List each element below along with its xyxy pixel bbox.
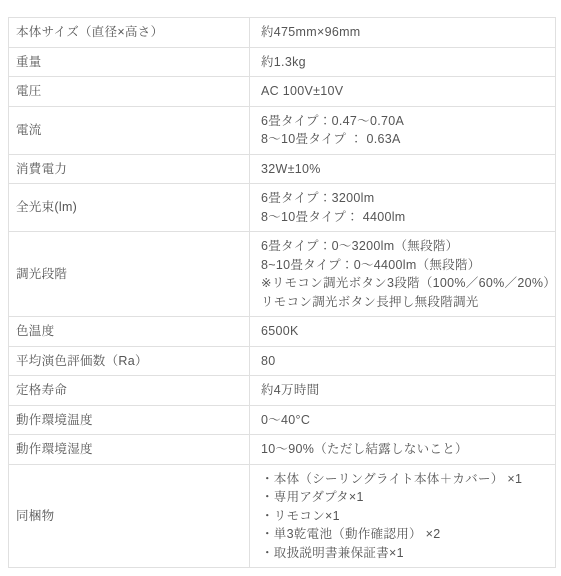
spec-row: 重量約1.3kg [9,47,556,77]
spec-value-line: ・取扱説明書兼保証書×1 [261,544,545,563]
spec-label: 同梱物 [9,464,250,568]
spec-value-line: 8~10畳タイプ：0～4400lm（無段階） [261,256,545,275]
spec-value: 6500K [250,317,556,347]
spec-row: 調光段階6畳タイプ：0～3200lm（無段階）8~10畳タイプ：0～4400lm… [9,232,556,317]
spec-value-line: 約4万時間 [261,381,545,400]
spec-value: 6畳タイプ：0.47～0.70A8～10畳タイプ ： 0.63A [250,106,556,154]
spec-row: 電圧AC 100V±10V [9,77,556,107]
spec-value-line: ・単3乾電池（動作確認用） ×2 [261,525,545,544]
spec-value-line: 10～90%（ただし結露しないこと） [261,440,545,459]
spec-label: 調光段階 [9,232,250,317]
spec-row: 動作環境湿度10～90%（ただし結露しないこと） [9,435,556,465]
spec-row: 電流6畳タイプ：0.47～0.70A8～10畳タイプ ： 0.63A [9,106,556,154]
spec-value-line: 6500K [261,322,545,341]
spec-row: 動作環境温度0～40°C [9,405,556,435]
spec-value-line: 6畳タイプ：3200lm [261,189,545,208]
spec-value: 0～40°C [250,405,556,435]
spec-label: 定格寿命 [9,376,250,406]
spec-label: 平均演色評価数（Ra） [9,346,250,376]
spec-label: 消費電力 [9,154,250,184]
spec-value: 6畳タイプ：3200lm8～10畳タイプ： 4400lm [250,184,556,232]
spec-label: 動作環境温度 [9,405,250,435]
spec-value-line: リモコン調光ボタン長押し無段階調光 [261,293,545,312]
spec-value-line: 8～10畳タイプ： 4400lm [261,208,545,227]
spec-row: 本体サイズ（直径×高さ）約475mm×96mm [9,18,556,48]
spec-value-line: 約475mm×96mm [261,23,545,42]
spec-value-line: ・リモコン×1 [261,507,545,526]
spec-value: 80 [250,346,556,376]
spec-value: 約4万時間 [250,376,556,406]
spec-row: 定格寿命約4万時間 [9,376,556,406]
spec-label: 本体サイズ（直径×高さ） [9,18,250,48]
spec-value-line: 0～40°C [261,411,545,430]
spec-value-line: 32W±10% [261,160,545,179]
spec-table-body: 本体サイズ（直径×高さ）約475mm×96mm重量約1.3kg電圧AC 100V… [9,18,556,568]
spec-label: 電圧 [9,77,250,107]
spec-row: 色温度6500K [9,317,556,347]
spec-row: 全光束(lm)6畳タイプ：3200lm8～10畳タイプ： 4400lm [9,184,556,232]
spec-value-line: 約1.3kg [261,53,545,72]
spec-value-line: 8～10畳タイプ ： 0.63A [261,130,545,149]
spec-value: 10～90%（ただし結露しないこと） [250,435,556,465]
spec-value: ・本体（シーリングライト本体＋カバー） ×1・専用アダプタ×1・リモコン×1・単… [250,464,556,568]
spec-value-line: 6畳タイプ：0～3200lm（無段階） [261,237,545,256]
spec-label: 動作環境湿度 [9,435,250,465]
spec-value: AC 100V±10V [250,77,556,107]
spec-value-line: ※リモコン調光ボタン3段階（100%／60%／20%） [261,274,545,293]
spec-row: 消費電力32W±10% [9,154,556,184]
spec-value-line: ・専用アダプタ×1 [261,488,545,507]
spec-value-line: 80 [261,352,545,371]
spec-value-line: 6畳タイプ：0.47～0.70A [261,112,545,131]
spec-label: 重量 [9,47,250,77]
spec-value-line: AC 100V±10V [261,82,545,101]
spec-label: 全光束(lm) [9,184,250,232]
spec-label: 色温度 [9,317,250,347]
spec-value: 6畳タイプ：0～3200lm（無段階）8~10畳タイプ：0～4400lm（無段階… [250,232,556,317]
spec-row: 同梱物・本体（シーリングライト本体＋カバー） ×1・専用アダプタ×1・リモコン×… [9,464,556,568]
spec-row: 平均演色評価数（Ra）80 [9,346,556,376]
spec-value-line: ・本体（シーリングライト本体＋カバー） ×1 [261,470,545,489]
spec-value: 32W±10% [250,154,556,184]
spec-value: 約475mm×96mm [250,18,556,48]
spec-value: 約1.3kg [250,47,556,77]
product-spec-table: 本体サイズ（直径×高さ）約475mm×96mm重量約1.3kg電圧AC 100V… [8,17,556,568]
spec-label: 電流 [9,106,250,154]
